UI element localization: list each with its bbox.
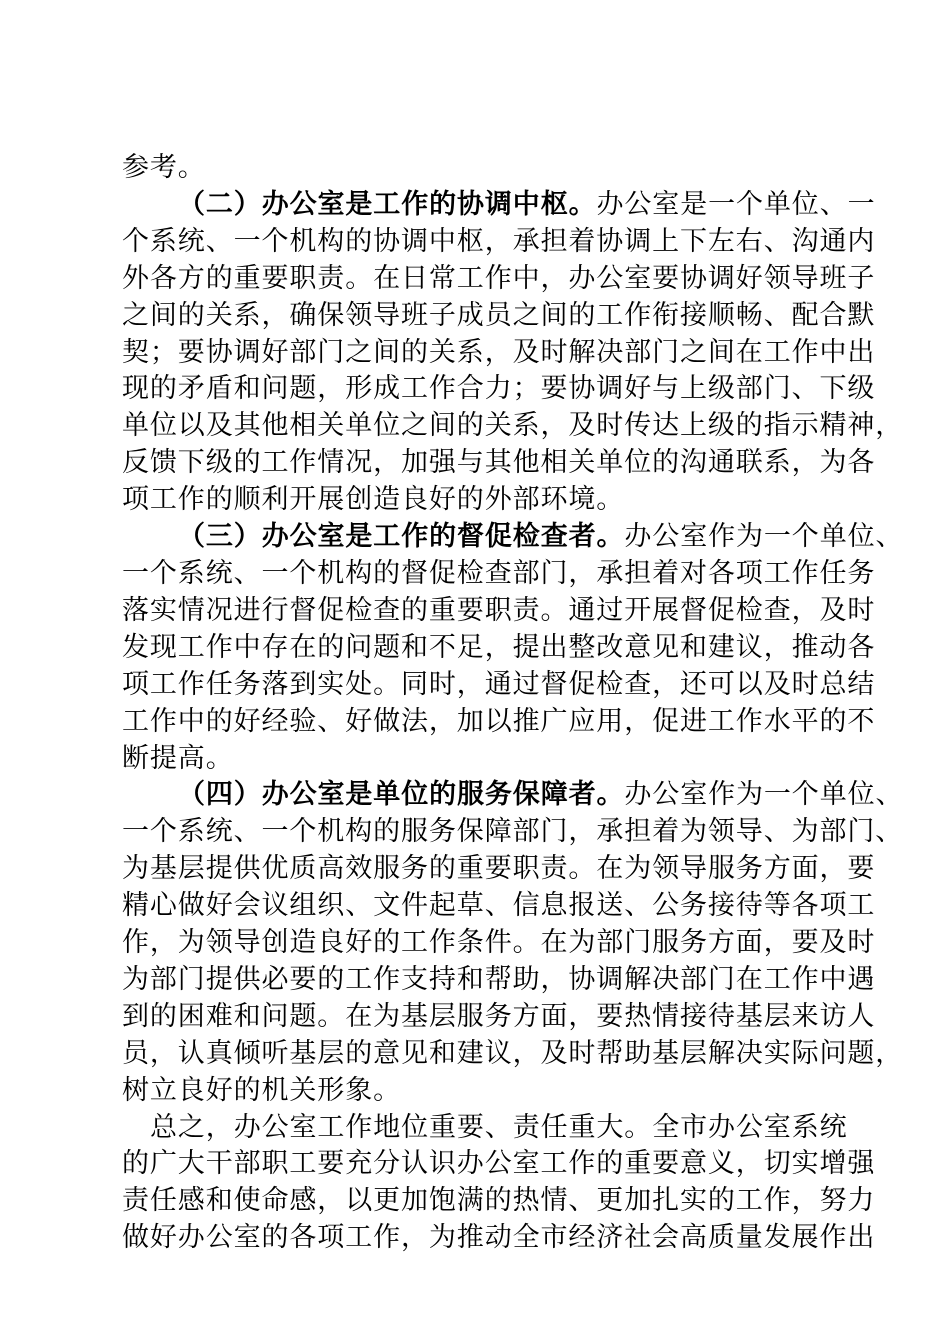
text-line: 现的矛盾和问题，形成工作合力；要协调好与上级部门、下级	[122, 371, 824, 408]
text-line: 落实情况进行督促检查的重要职责。通过开展督促检查，及时	[122, 593, 824, 630]
paragraph-coordination-hub: （二）办公室是工作的协调中枢。办公室是一个单位、一 个系统、一个机构的协调中枢，…	[122, 187, 824, 519]
text-line: 责任感和使命感，以更加饱满的热情、更加扎实的工作，努力	[122, 1183, 824, 1220]
text-line: 项工作任务落到实处。同时，通过督促检查，还可以及时总结	[122, 667, 824, 704]
text-line: 一个系统、一个机构的服务保障部门，承担着为领导、为部门、	[122, 814, 824, 851]
text-line: 作，为领导创造良好的工作条件。在为部门服务方面，要及时	[122, 925, 824, 962]
text-line: 总之，办公室工作地位重要、责任重大。全市办公室系统	[122, 1110, 824, 1147]
text-line: 员，认真倾听基层的意见和建议，及时帮助基层解决实际问题，	[122, 1036, 824, 1073]
text-line: 个系统、一个机构的协调中枢，承担着协调上下左右、沟通内	[122, 224, 824, 261]
text-line: 发现工作中存在的问题和不足，提出整改意见和建议，推动各	[122, 630, 824, 667]
text-run: 办公室作为一个单位、	[624, 521, 903, 552]
document-page: 参考。 （二）办公室是工作的协调中枢。办公室是一个单位、一 个系统、一个机构的协…	[122, 150, 824, 1257]
text-line: 到的困难和问题。在为基层服务方面，要热情接待基层来访人	[122, 999, 824, 1036]
text-line: 项工作的顺利开展创造良好的外部环境。	[122, 482, 824, 519]
text-line: 之间的关系，确保领导班子成员之间的工作衔接顺畅、配合默	[122, 298, 824, 335]
text-line: （二）办公室是工作的协调中枢。办公室是一个单位、一	[122, 187, 824, 224]
text-run: 办公室是一个单位、一	[597, 189, 876, 220]
text-line: 为基层提供优质高效服务的重要职责。在为领导服务方面，要	[122, 851, 824, 888]
text-line: 契；要协调好部门之间的关系，及时解决部门之间在工作中出	[122, 335, 824, 372]
text-line: 外各方的重要职责。在日常工作中，办公室要协调好领导班子	[122, 261, 824, 298]
text-line: 树立良好的机关形象。	[122, 1073, 824, 1110]
text-line: （四）办公室是单位的服务保障者。办公室作为一个单位、	[122, 777, 824, 814]
text-line: （三）办公室是工作的督促检查者。办公室作为一个单位、	[122, 519, 824, 556]
text-line: 精心做好会议组织、文件起草、信息报送、公务接待等各项工	[122, 888, 824, 925]
text-line: 反馈下级的工作情况，加强与其他相关单位的沟通联系，为各	[122, 445, 824, 482]
text-line: 的广大干部职工要充分认识办公室工作的重要意义，切实增强	[122, 1146, 824, 1183]
text-line: 做好办公室的各项工作，为推动全市经济社会高质量发展作出	[122, 1220, 824, 1257]
text-line: 一个系统、一个机构的督促检查部门，承担着对各项工作任务	[122, 556, 824, 593]
text-line: 单位以及其他相关单位之间的关系，及时传达上级的指示精神，	[122, 408, 824, 445]
paragraph-supervision: （三）办公室是工作的督促检查者。办公室作为一个单位、 一个系统、一个机构的督促检…	[122, 519, 824, 777]
text-run: 办公室作为一个单位、	[624, 779, 903, 810]
section-heading: （二）办公室是工作的协调中枢。	[178, 189, 597, 220]
section-heading: （四）办公室是单位的服务保障者。	[178, 779, 624, 810]
paragraph-conclusion: 总之，办公室工作地位重要、责任重大。全市办公室系统 的广大干部职工要充分认识办公…	[122, 1110, 824, 1258]
text-line: 断提高。	[122, 741, 824, 778]
section-heading: （三）办公室是工作的督促检查者。	[178, 521, 624, 552]
text-line: 工作中的好经验、好做法，加以推广应用，促进工作水平的不	[122, 704, 824, 741]
paragraph-continuation: 参考。	[122, 150, 824, 187]
text-line: 参考。	[122, 150, 824, 187]
paragraph-service-support: （四）办公室是单位的服务保障者。办公室作为一个单位、 一个系统、一个机构的服务保…	[122, 777, 824, 1109]
text-line: 为部门提供必要的工作支持和帮助，协调解决部门在工作中遇	[122, 962, 824, 999]
